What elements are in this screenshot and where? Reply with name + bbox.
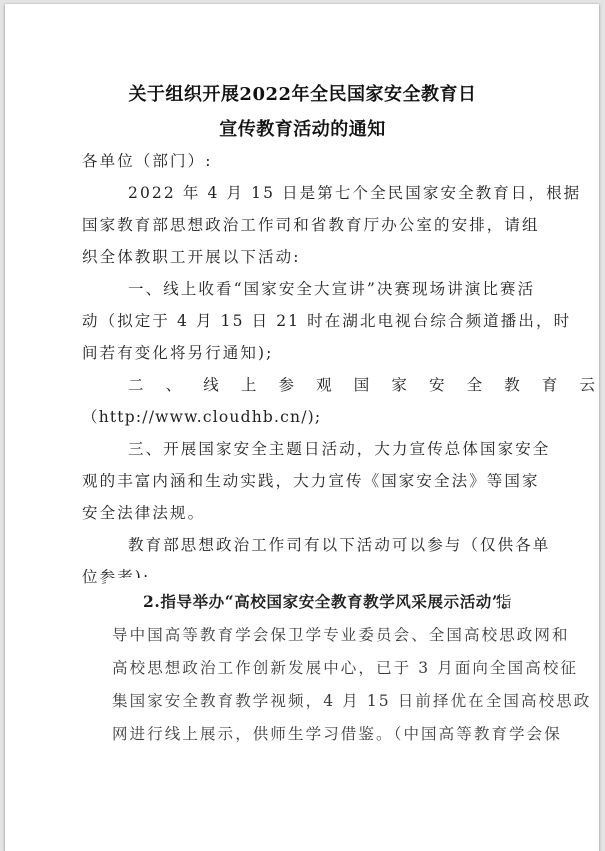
paragraph-4-line-3: 安全法律法规。 [82,501,205,523]
paragraph-1-line-3: 织全体教职工开展以下活动: [82,245,301,267]
excerpt-line-4: 网进行线上展示，供师生学习借鉴。（中国高等教育学会保 [112,722,562,744]
paragraph-1-line-2: 国家教育部思想政治工作司和省教育厅办公室的安排，请组 [82,213,540,235]
paragraph-2-line-3: 间若有变化将另行通知); [82,341,273,363]
excerpt-line-3: 集国家安全教育教学视频，4 月 15 日前择优在全国高校思政 [112,689,591,711]
excerpt-line-2: 高校思想政治工作创新发展中心，已于 3 月面向全国高校征 [112,656,578,678]
document-title-line-1: 关于组织开展2022年全民国家安全教育日 [0,80,605,106]
paragraph-2-line-1: 一、线上收看“国家安全大宣讲”决赛现场讲演比赛活 [128,277,535,299]
paragraph-3-line-1: 二 、 线 上 参 观 国 家 安 全 教 育 云 基 地 [128,373,605,395]
excerpt-line-1: 导中国高等教育学会保卫学专业委员会、全国高校思政网和 [112,623,570,645]
paragraph-4-line-2: 观的丰富内涵和生动实践，大力宣传《国家安全法》等国家 [82,469,540,491]
paragraph-1-line-1: 2022 年 4 月 15 日是第七个全民国家安全教育日，根据 [128,181,581,203]
document-title-line-2: 宣传教育活动的通知 [0,115,605,141]
excerpt-heading: 2.指导举办“高校国家安全教育教学风采展示活动”。 [143,590,518,612]
paragraph-4-line-1: 三、开展国家安全主题日活动，大力宣传总体国家安全 [128,437,550,459]
paragraph-2-line-2: 动（拟定于 4 月 15 日 21 时在湖北电视台综合频道播出，时 [82,309,571,331]
salutation: 各单位（部门）: [82,149,213,171]
paragraph-5-line-1: 教育部思想政治工作司有以下活动可以参与（仅供各单 [128,533,550,555]
paragraph-3-link-line: （http://www.cloudhb.cn/); [82,405,321,427]
excerpt-heading-tail: 指 [496,590,514,612]
